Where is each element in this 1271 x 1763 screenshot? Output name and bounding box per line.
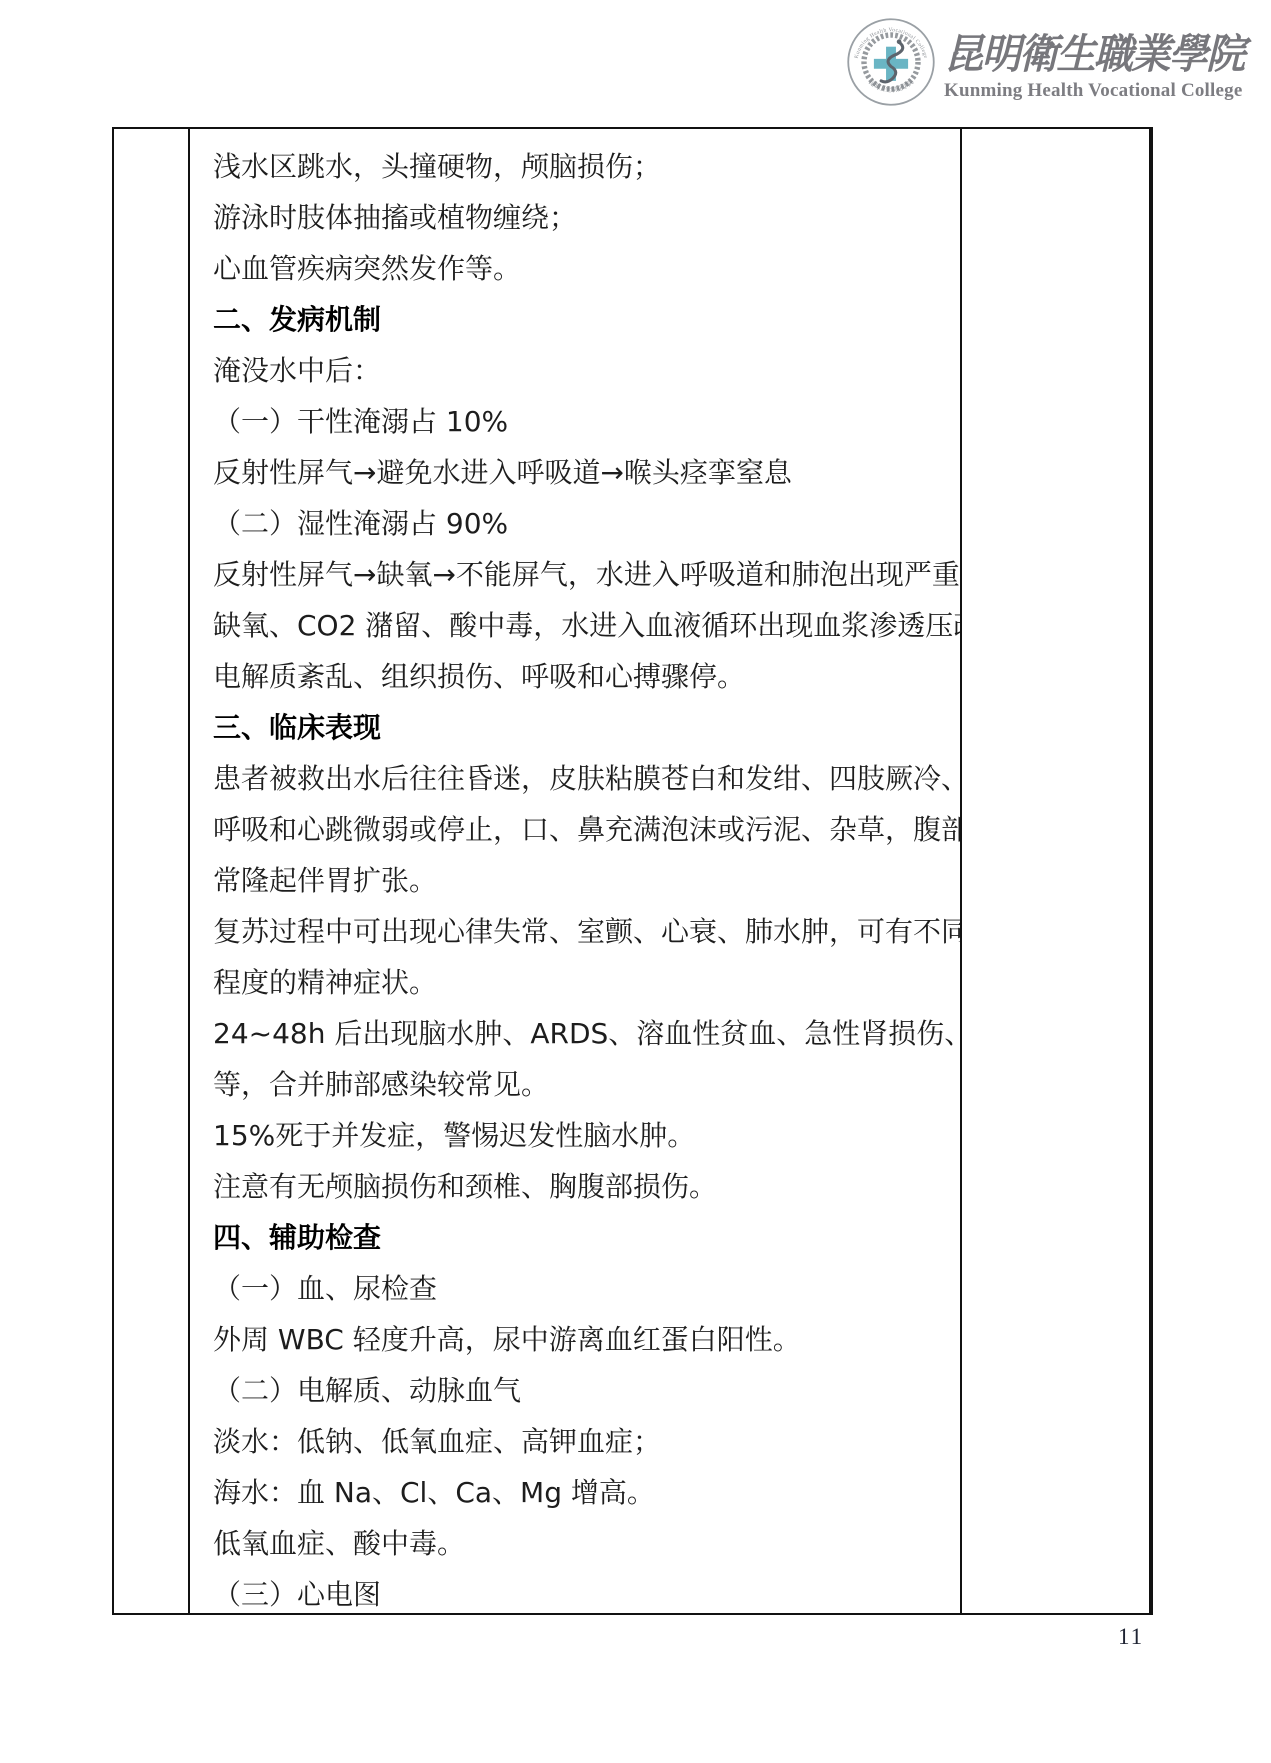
table-right-column xyxy=(962,129,1149,1613)
text-line: 程度的精神症状。 xyxy=(213,958,946,1008)
text-line: 呼吸和心跳微弱或停止，口、鼻充满泡沫或污泥、杂草，腹部 xyxy=(213,805,946,855)
text-line: （二）电解质、动脉血气 xyxy=(213,1366,946,1416)
text-line: 常隆起伴胃扩张。 xyxy=(213,856,946,906)
text-line: 注意有无颅脑损伤和颈椎、胸腹部损伤。 xyxy=(213,1162,946,1212)
text-line: 电解质紊乱、组织损伤、呼吸和心搏骤停。 xyxy=(213,652,946,702)
text-line: （一）干性淹溺占 10% xyxy=(213,397,946,447)
text-line: 缺氧、CO2 潴留、酸中毒，水进入血液循环出现血浆渗透压改变、 xyxy=(213,601,946,651)
text-line: 游泳时肢体抽搐或植物缠绕； xyxy=(213,193,946,243)
text-line: 15%死于并发症，警惕迟发性脑水肿。 xyxy=(213,1111,946,1161)
page-number: 11 xyxy=(1118,1624,1154,1650)
college-name-english: Kunming Health Vocational College xyxy=(944,80,1254,102)
section-heading: 四、辅助检查 xyxy=(213,1213,946,1263)
text-line: 等，合并肺部感染较常见。 xyxy=(213,1060,946,1110)
text-line: 反射性屏气→避免水进入呼吸道→喉头痉挛窒息 xyxy=(213,448,946,498)
text-line: （三）心电图 xyxy=(213,1570,946,1613)
text-line: 浅水区跳水，头撞硬物，颅脑损伤； xyxy=(213,142,946,192)
college-seal-icon: Kunming Health Vocational College 昆明卫生职业… xyxy=(846,17,936,107)
text-line: 24~48h 后出现脑水肿、ARDS、溶血性贫血、急性肾损伤、DIC xyxy=(213,1009,946,1059)
page-header: Kunming Health Vocational College 昆明卫生职业… xyxy=(0,0,1271,120)
section-heading: 二、发病机制 xyxy=(213,295,946,345)
text-line: 外周 WBC 轻度升高，尿中游离血红蛋白阳性。 xyxy=(213,1315,946,1365)
text-line: 复苏过程中可出现心律失常、室颤、心衰、肺水肿，可有不同 xyxy=(213,907,946,957)
text-line: 海水：血 Na、Cl、Ca、Mg 增高。 xyxy=(213,1468,946,1518)
college-name-calligraphy: 昆明衛生職業學院 xyxy=(944,28,1232,80)
text-line: 淡水：低钠、低氧血症、高钾血症； xyxy=(213,1417,946,1467)
section-heading: 三、临床表现 xyxy=(213,703,946,753)
text-line: 反射性屏气→缺氧→不能屏气，水进入呼吸道和肺泡出现严重 xyxy=(213,550,946,600)
table-content-cell: 浅水区跳水，头撞硬物，颅脑损伤；游泳时肢体抽搐或植物缠绕；心血管疾病突然发作等。… xyxy=(190,129,962,1613)
text-line: 心血管疾病突然发作等。 xyxy=(213,244,946,294)
text-line: 低氧血症、酸中毒。 xyxy=(213,1519,946,1569)
table-left-column xyxy=(114,129,190,1613)
text-line: 淹没水中后： xyxy=(213,346,946,396)
text-line: （二）湿性淹溺占 90% xyxy=(213,499,946,549)
lesson-plan-table: 浅水区跳水，头撞硬物，颅脑损伤；游泳时肢体抽搐或植物缠绕；心血管疾病突然发作等。… xyxy=(112,127,1153,1615)
text-line: 患者被救出水后往往昏迷，皮肤粘膜苍白和发绀、四肢厥冷、 xyxy=(213,754,946,804)
text-line: （一）血、尿检查 xyxy=(213,1264,946,1314)
